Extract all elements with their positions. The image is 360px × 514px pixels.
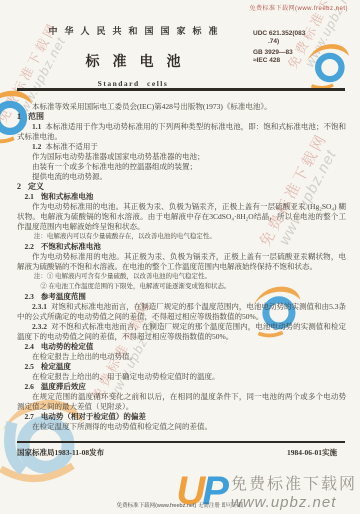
clause-2-5-heading: 2.5检定温度 <box>17 362 346 372</box>
clause-title: 电动势的检定值 <box>41 342 94 351</box>
clause-1-2-item: 提供电流的电动势源。 <box>17 172 346 182</box>
clause-number: 2.4 <box>25 342 34 351</box>
iec-equivalence: ≈IEC 428 <box>253 57 305 65</box>
clause-text: 本标准不适用于 <box>45 142 98 151</box>
corner-download-note: 免费标准下载网(www.freebz.net) <box>249 3 348 12</box>
clause-text: 对不饱和式标准电池而言，在制造厂规定的那个温度范围内，电池电动势的实测值和检定温… <box>17 322 346 341</box>
section-1-heading: 1范围 <box>17 112 346 122</box>
clause-2-3-1: 2.3.1对饱和式标准电池而言，在制造厂规定的那个温度范围内，电池电动势的实测值… <box>17 302 346 322</box>
document-title: 标准电池 <box>23 51 243 71</box>
clause-2-2-note-1: 注：① 电解液内可含有少量硫酸，以改善电池的电气稳定性。 <box>17 272 346 282</box>
clause-2-6-text: 在规定范围的温度循环变化之前和以后，在相同的温度条件下，同一电池的两个或多个电动… <box>17 392 346 412</box>
clause-title: 不饱和式标准电池 <box>41 242 101 251</box>
clause-number: 1.1 <box>32 122 41 131</box>
clause-2-3-2: 2.3.2对不饱和式标准电池而言，在制造厂规定的那个温度范围内，电池电动势的实测… <box>17 322 346 342</box>
clause-number: 2.5 <box>25 362 34 371</box>
clause-title: 电动势（相对于检定值）的偏差 <box>41 412 146 421</box>
clause-title: 检定温度 <box>41 362 71 371</box>
clause-2-1-text: 作为电动势标准用的电池。其正极为汞、负极为镉汞齐，正极上盖有一层硫酸亚汞 (Hg… <box>17 202 346 232</box>
clause-text: 本标准适用于作为电动势标准用的下列两种类型的标准电池，即：饱和式标准电池；不饱和… <box>17 122 346 141</box>
clause-title: 温度滞后效应 <box>41 382 86 391</box>
document-body: 本标准等效采用国际电工委员会(IEC)第428号出版物(1973)《标准电池》。… <box>17 102 346 440</box>
udc-code-line1: UDC 621.352(083 <box>253 30 305 38</box>
scanned-standard-page: 免费标准下载网 www.upbz.net 免费标准下载网 www.upbz.ne… <box>0 0 360 514</box>
clause-2-2-note-2: ② 在电池工作温度范围的下限处，电解液可能逐渐变成饱和状态。 <box>17 282 346 292</box>
section-title: 范围 <box>28 112 44 121</box>
clause-1-2-item: 由装有一个或多个标准电池的控温器组成的装置； <box>17 162 346 172</box>
clause-number: 2.7 <box>25 412 34 421</box>
clause-number: 2.3.2 <box>32 322 47 331</box>
clause-1-2: 1.2本标准不适用于 <box>17 142 346 152</box>
clause-2-1-note: 注：电解液内可以有少量硫酸存在，以改善电池的电气稳定性。 <box>17 232 346 242</box>
document-content: 免费标准下载网(www.freebz.net) 中华人民共和国国家标准 标准电池… <box>0 0 360 514</box>
clause-2-2-heading: 2.2不饱和式标准电池 <box>17 242 346 252</box>
clause-number: 2.2 <box>25 242 34 251</box>
clause-number: 2.3.1 <box>32 302 47 311</box>
standard-number: GB 3929—83 <box>253 49 305 57</box>
document-title-en: Standard cells <box>23 79 243 88</box>
clause-2-5-text: 在检定报告上给出的、用于确定电动势检定值时的温度。 <box>17 372 346 382</box>
standard-org-name: 中华人民共和国国家标准 <box>23 24 243 37</box>
clause-title: 参考温度范围 <box>41 292 86 301</box>
section-2-heading: 2定义 <box>17 182 346 192</box>
clause-title: 饱和式标准电池 <box>41 192 94 201</box>
clause-2-6-heading: 2.6温度滞后效应 <box>17 382 346 392</box>
clause-2-3-heading: 2.3参考温度范围 <box>17 292 346 302</box>
clause-1-2-item: 作为国际电动势基准器或国家电动势基准器的电池； <box>17 152 346 162</box>
section-number: 2 <box>17 182 21 191</box>
header-rule <box>17 88 345 91</box>
clause-2-4-text: 在检定报告上给出的电动势值。 <box>17 352 346 362</box>
clause-2-1-heading: 2.1饱和式标准电池 <box>17 192 346 202</box>
clause-number: 2.3 <box>25 292 34 301</box>
clause-text: 对饱和式标准电池而言，在制造厂规定的那个温度范围内，电池电动势的实测值和由5.3… <box>17 302 346 321</box>
effective-date: 1984-06-01实施 <box>287 447 337 458</box>
clause-number: 2.1 <box>25 192 34 201</box>
intro-paragraph: 本标准等效采用国际电工委员会(IEC)第428号出版物(1973)《标准电池》。 <box>17 102 346 112</box>
clause-2-2-text: 作为电动势标准用的电池。其正极为汞、负极为镉汞齐，正极上盖有一层硫酸亚汞糊状物，… <box>17 252 346 272</box>
bottom-download-note: 免费标准下载网(www.freebz.net) 无需注册 即可下载 <box>0 501 360 509</box>
section-title: 定义 <box>28 182 44 191</box>
footer-rule <box>17 441 345 443</box>
udc-code-line2: .74) <box>253 38 305 46</box>
clause-2-7-text: 在检定温度下所测得的电动势值和检定值之间的差值。 <box>17 422 346 432</box>
clause-number: 1.2 <box>32 142 41 151</box>
section-number: 1 <box>17 112 21 121</box>
clause-2-7-heading: 2.7电动势（相对于检定值）的偏差 <box>17 412 346 422</box>
issued-date: 国家标准局1983-11-08发布 <box>17 448 104 457</box>
document-header: 中华人民共和国国家标准 标准电池 Standard cells <box>23 24 243 88</box>
classification-block: UDC 621.352(083 .74) GB 3929—83 ≈IEC 428 <box>253 30 305 65</box>
clause-number: 2.6 <box>25 382 34 391</box>
clause-1-1: 1.1本标准适用于作为电动势标准用的下列两种类型的标准电池，即：饱和式标准电池；… <box>17 122 346 142</box>
clause-2-4-heading: 2.4电动势的检定值 <box>17 342 346 352</box>
footer: 国家标准局1983-11-08发布 1984-06-01实施 <box>17 447 345 458</box>
